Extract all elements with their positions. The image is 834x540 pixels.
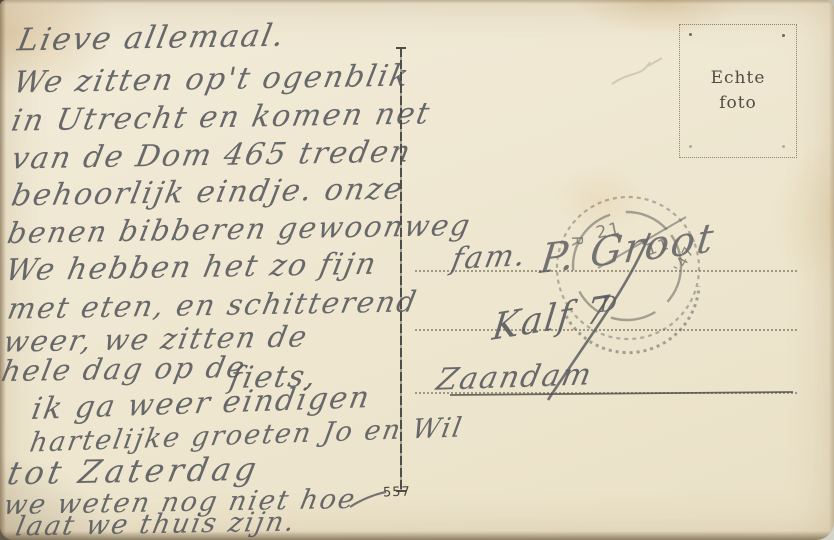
box-corner-dot [689,145,692,148]
address-city: Zaandam [433,357,596,398]
card-right-edge [829,0,834,540]
message-line: behoorlijk eindje. onze [9,172,408,214]
message-line: We zitten op't ogenblik [11,58,414,100]
echte-foto-box: Echte foto [679,24,797,158]
message-line: in Utrecht en komen net [9,96,434,138]
address-street-suffix: D [599,291,619,317]
box-corner-dot [689,33,692,36]
box-corner-dot [782,145,785,148]
postmark-ring-letter: R [568,235,586,248]
message-line: met eten, en schitterend [5,284,421,325]
address-street: Kalf 7 [490,288,613,349]
card-top-edge [0,0,834,4]
message-line: van de Dom 465 treden [9,134,415,176]
echte-foto-label-line2: foto [719,92,757,115]
message-line: benen bibberen gewoonweg [5,208,475,250]
postcard-back: Lieve allemaal. We zitten op't ogenblik … [0,0,834,540]
message-line: laat we thuis zijn. [13,507,299,540]
faint-pencil-mark [612,58,662,84]
message-line: hele dag op de [0,350,249,388]
card-number: 557 [383,485,411,501]
message-line: We hebben het zo fijn [3,247,381,289]
message-line: Lieve allemaal. [15,18,289,59]
postcard-scan: Lieve allemaal. We zitten op't ogenblik … [0,0,834,540]
center-divider-line [400,48,402,492]
address-addressee: fam. [449,238,531,277]
echte-foto-label-line1: Echte [711,67,766,90]
divider-top-tick [396,47,406,49]
box-corner-dot [782,34,785,37]
